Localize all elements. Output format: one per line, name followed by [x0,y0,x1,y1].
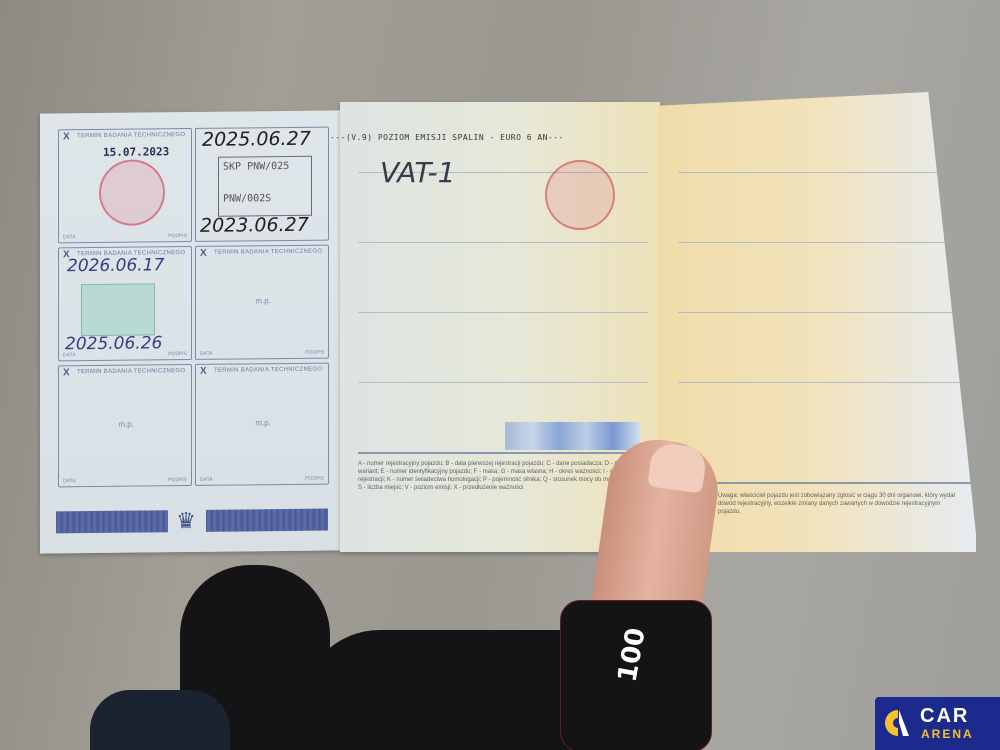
eagle-emblem-icon: ♛ [174,507,198,535]
stamp-date: 15.07.2023 [103,145,169,159]
handwritten-date: 2025.06.27 [202,128,311,151]
legend-text: A - numer rejestracyjny pojazdu; B - dat… [358,460,648,492]
inspection-cell-5: X TERMIN BADANIA TECHNICZNEGO m.p. DATA … [58,364,192,487]
x-mark: X [63,131,70,142]
inspection-cell-2: 2025.06.27 SKP PNW/025 PNW/002S 2023.06.… [195,127,329,242]
handwritten-date: 2023.06.27 [200,214,309,237]
seal-placeholder: m.p. [255,418,271,427]
inspection-cell-1: X TERMIN BADANIA TECHNICZNEGO 15.07.2023… [58,128,192,243]
logo-text-car: CAR [920,705,969,728]
inspection-stamp: SKP PNW/025 PNW/002S [218,156,312,217]
emission-level-line: ---(V.9) POZIOM EMISJI SPALIN - EURO 6 A… [330,133,564,142]
seal-placeholder: m.p. [118,420,134,429]
x-mark: X [200,366,207,377]
security-band-right [206,509,328,532]
handwritten-vat-note: VAT-1 [380,156,455,189]
notice-text: Uwaga: właściciel pojazdu jest zobowiąza… [718,492,958,516]
x-mark: X [200,248,207,259]
sleeve [90,690,230,750]
official-stamp [545,160,615,230]
x-mark: X [63,367,70,378]
official-stamp [99,159,165,226]
security-band-left [56,510,168,533]
cell-footer-date: DATA [63,234,76,240]
inspection-cell-4: X TERMIN BADANIA TECHNICZNEGO m.p. DATA … [195,245,329,360]
seal-placeholder: m.p. [255,297,271,306]
car-arena-logo-icon [885,708,911,738]
car-arena-watermark: CAR ARENA [875,697,1000,750]
handwritten-date: 2026.06.17 [67,255,164,276]
inspection-stamp [81,283,155,336]
handwritten-date: 2025.06.26 [65,333,162,354]
inspection-cell-3: X TERMIN BADANIA TECHNICZNEGO 2026.06.17… [58,246,192,361]
cell-header: TERMIN BADANIA TECHNICZNEGO [77,132,185,139]
registration-document: X TERMIN BADANIA TECHNICZNEGO 15.07.2023… [40,92,975,562]
cell-footer-signature: PODPIS [168,233,187,239]
photo-scene: X TERMIN BADANIA TECHNICZNEGO 15.07.2023… [0,0,1000,750]
inspection-cell-6: X TERMIN BADANIA TECHNICZNEGO m.p. DATA … [195,363,329,486]
logo-text-arena: ARENA [921,727,974,741]
hologram-sticker [505,422,640,450]
left-page: X TERMIN BADANIA TECHNICZNEGO 15.07.2023… [40,110,340,553]
